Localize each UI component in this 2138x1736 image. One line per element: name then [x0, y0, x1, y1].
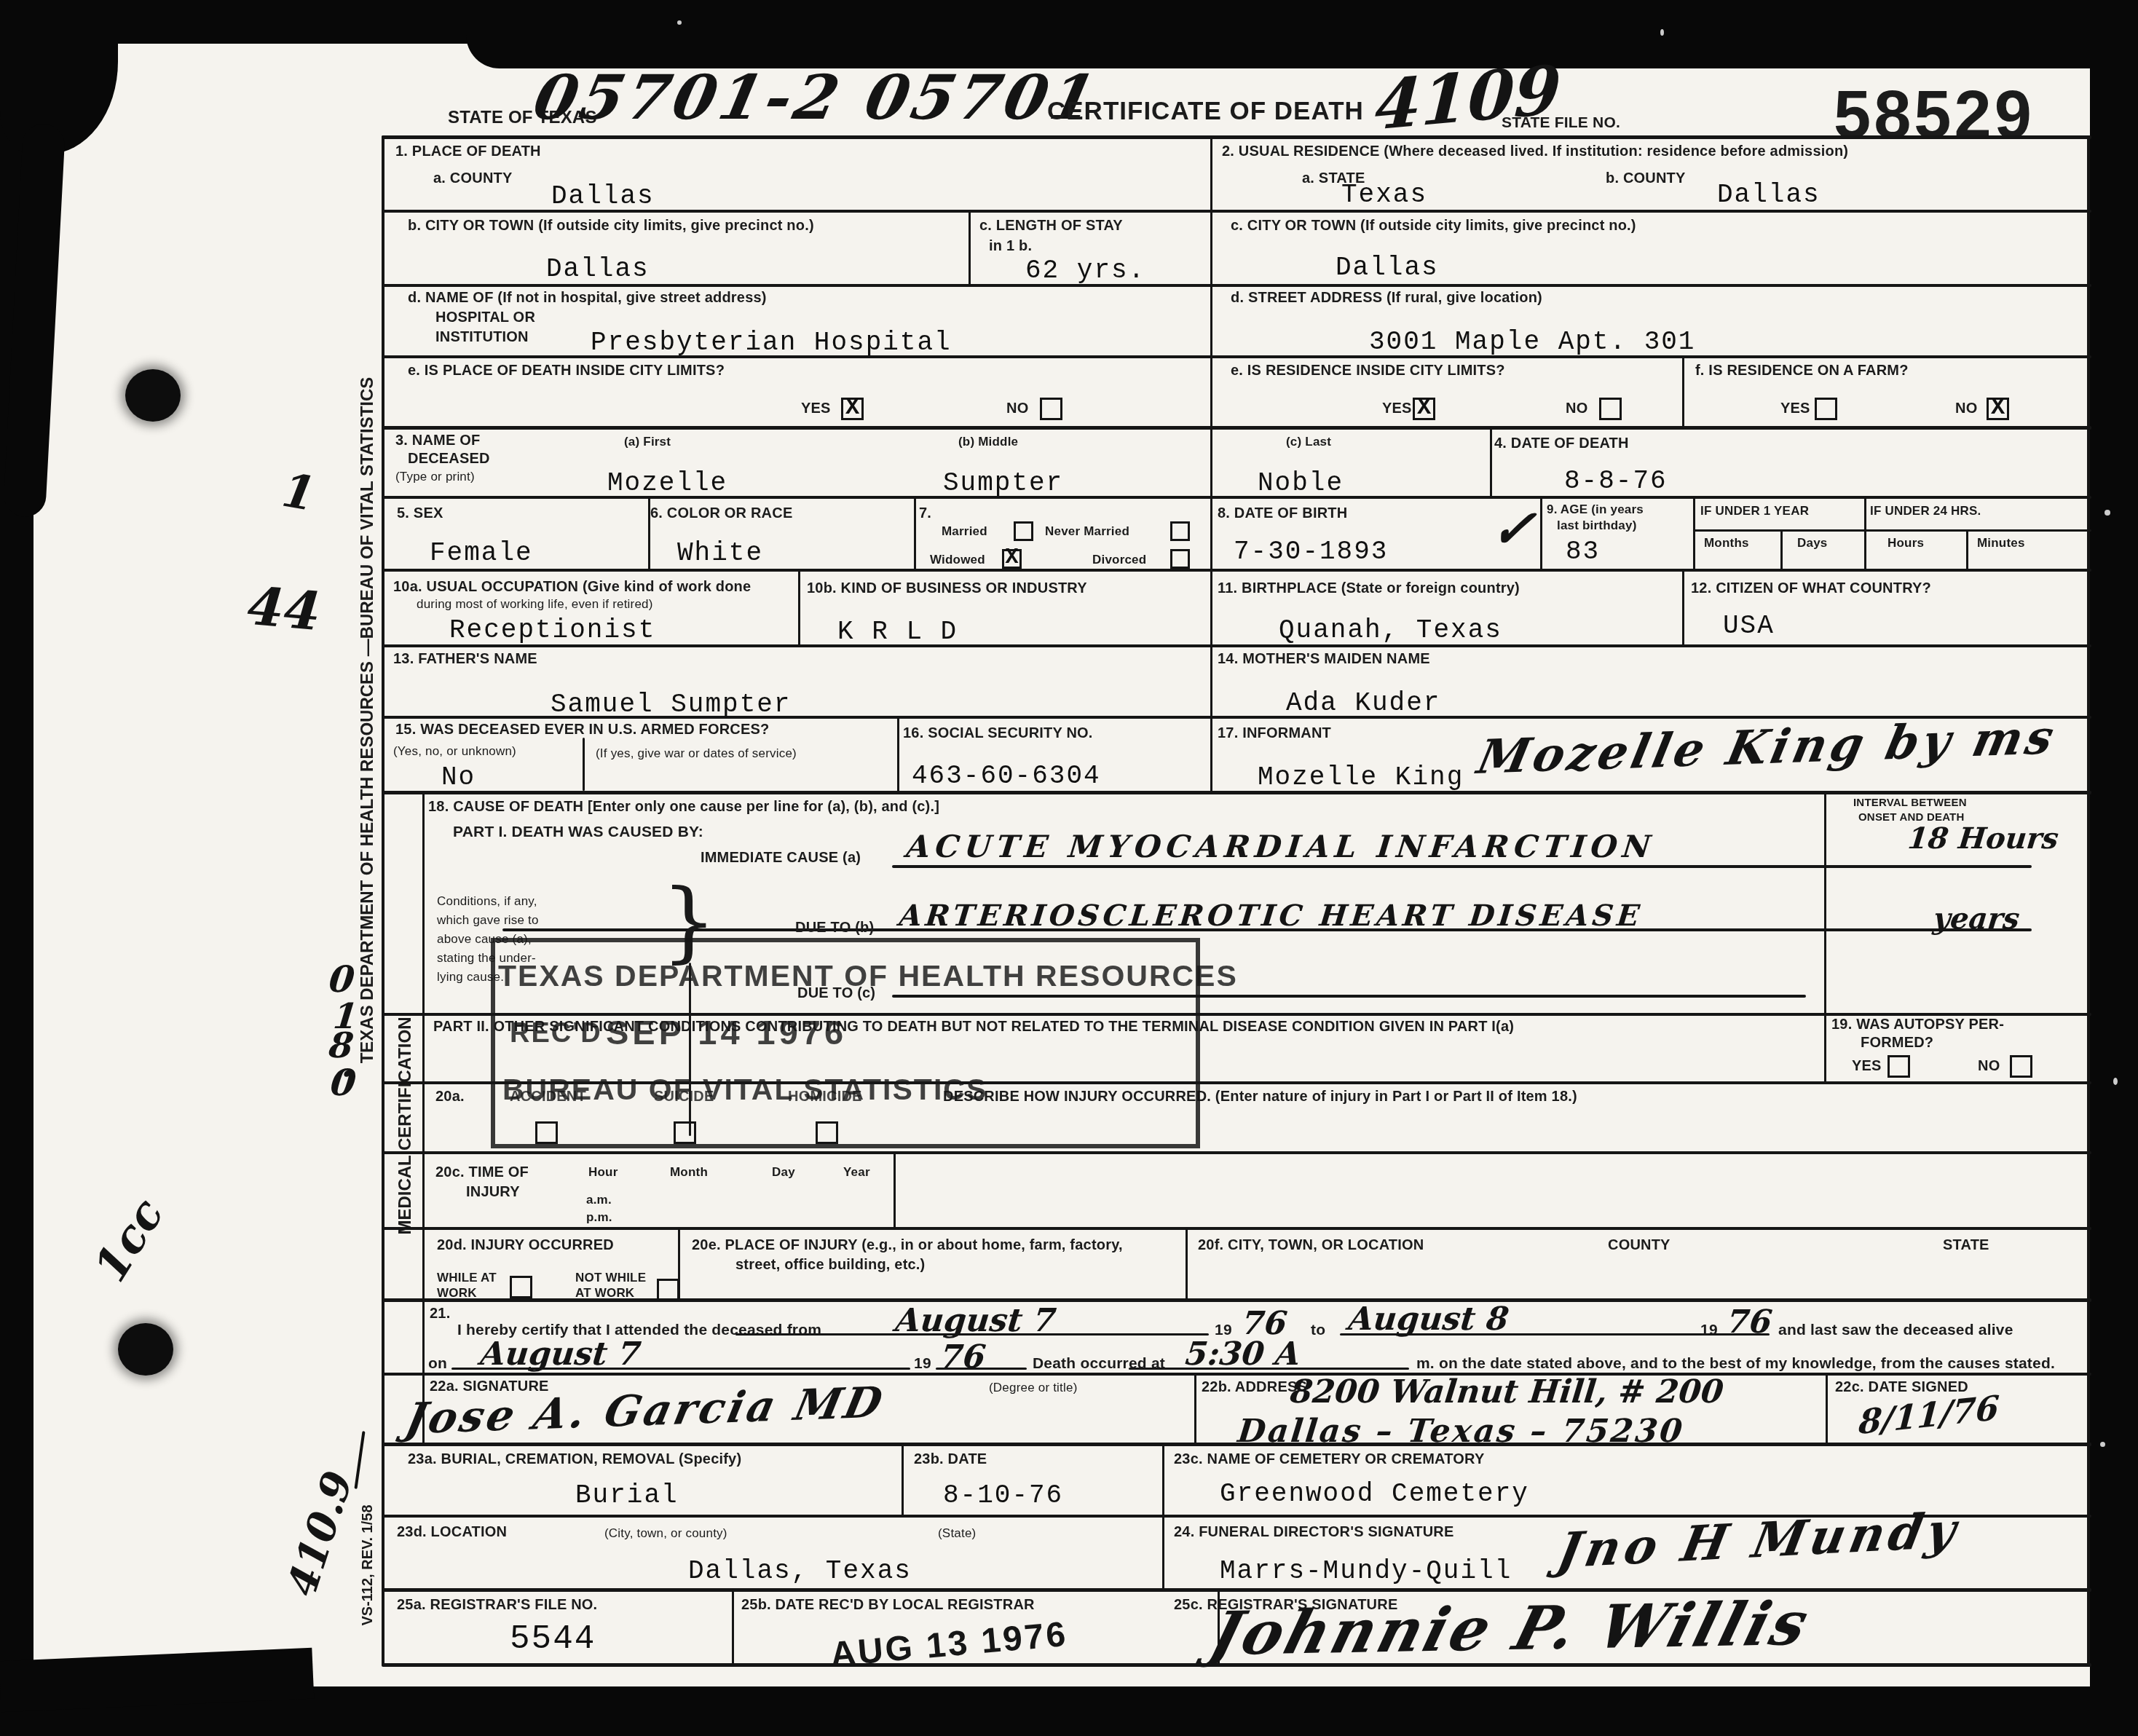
address-line2: Dallas – Texas – 75230: [1236, 1416, 1687, 1448]
immediate-cause-value: ACUTE MYOCARDIAL INFARCTION: [905, 832, 1657, 862]
color-or-race-value: White: [677, 540, 763, 567]
part1-label: PART I. DEATH WAS CAUSED BY:: [453, 823, 703, 841]
hospital-label3: INSTITUTION: [435, 328, 529, 346]
cause-a-underline: [892, 865, 2032, 868]
divider: [583, 738, 585, 791]
social-security-label: 16. SOCIAL SECURITY NO.: [903, 725, 1093, 742]
hour-label: Hour: [588, 1165, 618, 1180]
printed-19-c: 19: [914, 1354, 931, 1373]
farm-yes-label: YES: [1780, 400, 1810, 417]
occupation-label1: 10a. USUAL OCCUPATION (Give kind of work…: [393, 578, 751, 596]
scan-speckle: [2100, 1442, 2105, 1447]
interval-label1: INTERVAL BETWEEN: [1853, 797, 1967, 810]
cemetery-label: 23c. NAME OF CEMETERY OR CREMATORY: [1174, 1451, 1485, 1468]
last-name-label: (c) Last: [1286, 435, 1331, 449]
rule: [382, 426, 2091, 430]
farm-no-checkbox: X: [1987, 398, 2009, 420]
birthplace-value: Quanah, Texas: [1279, 618, 1502, 644]
divider: [1693, 496, 1695, 570]
conditions-label2: which gave rise to: [437, 913, 539, 928]
date-of-death-label: 4. DATE OF DEATH: [1494, 435, 1629, 452]
not-while-at-work-label2: AT WORK: [575, 1286, 634, 1301]
mothers-maiden-name-value: Ada Kuder: [1286, 690, 1440, 717]
medical-strip-divider: [422, 791, 425, 1444]
armed-forces-sublabel2: (If yes, give war or dates of service): [596, 746, 797, 761]
if-under-24-hrs-label: IF UNDER 24 HRS.: [1870, 504, 1981, 518]
interval-a-value: 18 Hours: [1906, 824, 2060, 853]
death-city-yes-checkbox: X: [841, 398, 864, 420]
usual-residence-title: 2. USUAL RESIDENCE (Where deceased lived…: [1222, 143, 1848, 160]
divider: [1780, 529, 1783, 570]
autopsy-label2: FORMED?: [1861, 1034, 1933, 1052]
rule: [382, 284, 2091, 287]
name-of-deceased-label1: 3. NAME OF: [395, 432, 480, 449]
death-inside-city-limits-label: e. IS PLACE OF DEATH INSIDE CITY LIMITS?: [408, 362, 725, 379]
injury-occurred-label: 20d. INJURY OCCURRED: [437, 1236, 614, 1254]
birthplace-label: 11. BIRTHPLACE (State or foreign country…: [1218, 580, 1520, 597]
margin-department-vertical-text: TEXAS DEPARTMENT OF HEALTH RESOURCES —BU…: [358, 305, 378, 1135]
not-while-at-work-checkbox: [657, 1279, 679, 1301]
fathers-name-label: 13. FATHER'S NAME: [393, 650, 537, 668]
death-city-no-label: NO: [1006, 400, 1028, 417]
mothers-maiden-name-label: 14. MOTHER'S MAIDEN NAME: [1218, 650, 1430, 668]
handwritten-district-codes: 05701-2 05701: [529, 67, 1104, 128]
state-file-no-label: STATE FILE NO.: [1502, 114, 1620, 132]
farm-yes-checkbox: [1815, 398, 1837, 420]
burial-date-label: 23b. DATE: [914, 1451, 987, 1468]
hours-label: Hours: [1887, 536, 1924, 551]
city-or-town-value: Dallas: [546, 256, 650, 283]
autopsy-yes-label: YES: [1852, 1057, 1882, 1075]
on-label: on: [428, 1354, 447, 1373]
death-city-yes-label: YES: [801, 400, 831, 417]
first-name-label: (a) First: [624, 435, 671, 449]
burial-date-value: 8-10-76: [943, 1483, 1063, 1509]
never-married-label: Never Married: [1045, 524, 1129, 539]
married-label: Married: [942, 524, 987, 539]
divider: [1540, 496, 1542, 570]
minutes-label: Minutes: [1977, 536, 2025, 551]
divorced-label: Divorced: [1092, 553, 1146, 567]
residence-city-label: c. CITY OR TOWN (If outside city limits,…: [1231, 217, 1636, 234]
burial-cremation-value: Burial: [575, 1483, 679, 1509]
immediate-cause-label: IMMEDIATE CAUSE (a): [701, 849, 861, 867]
form-left-border: [382, 135, 384, 1666]
residence-county-value: Dallas: [1717, 182, 1821, 208]
scan-edge-right: [2090, 0, 2138, 1736]
certify-section-label: 21.: [430, 1305, 450, 1322]
burial-location-sublabel1: (City, town, or county): [604, 1526, 727, 1541]
burial-cremation-label: 23a. BURIAL, CREMATION, REMOVAL (Specify…: [408, 1451, 741, 1468]
widowed-label: Widowed: [930, 553, 985, 567]
marital-status-label: 7.: [919, 505, 931, 522]
fathers-name-value: Samuel Sumpter: [551, 692, 791, 718]
divider: [1966, 529, 1968, 570]
certify-text-2: and last saw the deceased alive: [1778, 1321, 2013, 1339]
middle-name-value: Sumpter: [943, 470, 1063, 497]
divider: [798, 569, 800, 646]
if-under-1-year-label: IF UNDER 1 YEAR: [1700, 504, 1809, 518]
accident-section-label: 20a.: [435, 1088, 465, 1105]
attended-to-date: August 8: [1347, 1303, 1511, 1335]
margin-form-code-vertical-text: VS-112, REV. 1/58: [360, 1478, 376, 1653]
certificate-title: CERTIFICATE OF DEATH: [1047, 96, 1364, 127]
sex-value: Female: [430, 540, 533, 567]
informant-label: 17. INFORMANT: [1218, 725, 1331, 742]
death-city-no-checkbox: [1040, 398, 1062, 420]
hole-punch-top: [125, 369, 181, 422]
handwritten-year-c: 76: [939, 1341, 987, 1373]
injury-city-label: 20f. CITY, TOWN, OR LOCATION: [1198, 1236, 1424, 1254]
conditions-label1: Conditions, if any,: [437, 894, 537, 909]
divider: [1194, 1373, 1196, 1444]
married-checkbox: [1014, 521, 1033, 541]
due-to-b-label: DUE TO (b): [795, 919, 874, 936]
social-security-value: 463-60-6304: [912, 763, 1101, 789]
first-name-value: Mozelle: [607, 470, 727, 497]
length-of-stay-value: 62 yrs.: [1025, 258, 1145, 284]
to-label: to: [1311, 1321, 1325, 1339]
funeral-home-value: Marrs-Mundy-Quill: [1220, 1558, 1512, 1585]
while-at-work-label1: WHILE AT: [437, 1271, 497, 1285]
while-at-work-checkbox: [510, 1276, 532, 1298]
armed-forces-value: No: [441, 765, 476, 791]
city-or-town-label: b. CITY OR TOWN (If outside city limits,…: [408, 217, 814, 234]
autopsy-label1: 19. WAS AUTOPSY PER-: [1831, 1016, 2004, 1033]
divider: [894, 1151, 896, 1228]
received-stamp-recd: REC'D: [510, 1019, 602, 1047]
hospital-label2: HOSPITAL OR: [435, 309, 535, 326]
county-label: a. COUNTY: [433, 170, 512, 187]
length-of-stay-label: c. LENGTH OF STAY: [979, 217, 1123, 234]
sex-label: 5. SEX: [397, 505, 443, 522]
rule: [382, 569, 2091, 572]
informant-value: Mozelle King: [1258, 765, 1464, 791]
burial-location-value: Dallas, Texas: [688, 1558, 912, 1585]
rule: [382, 1373, 2091, 1376]
handwritten-checkmark: ✓: [1488, 502, 1538, 555]
scanned-death-certificate: { "colors": {"paper": "#f5f3ee", "ink": …: [0, 0, 2138, 1736]
date-of-birth-label: 8. DATE OF BIRTH: [1218, 505, 1347, 522]
death-occurred-label: Death occurred at: [1033, 1354, 1165, 1373]
business-industry-value: K R L D: [837, 619, 958, 645]
armed-forces-sublabel1: (Yes, no, or unknown): [393, 744, 516, 759]
rule: [382, 791, 2091, 794]
autopsy-yes-checkbox: [1887, 1055, 1910, 1078]
divider: [897, 716, 899, 792]
date-recd-label: 25b. DATE REC'D BY LOCAL REGISTRAR: [741, 1596, 1035, 1614]
divorced-checkbox: [1170, 549, 1190, 569]
rule: [382, 1298, 2091, 1302]
age-value: 83: [1566, 539, 1600, 565]
form-right-border: [2087, 135, 2090, 1666]
certify-text-3: m. on the date stated above, and to the …: [1416, 1354, 2055, 1373]
divider: [1682, 355, 1684, 427]
printed-19-b: 19: [1700, 1321, 1718, 1339]
attended-from-date: August 7: [894, 1305, 1058, 1337]
widowed-checkbox: X: [1002, 549, 1022, 569]
age-label2: last birthday): [1557, 518, 1637, 533]
hole-punch-bottom: [118, 1323, 173, 1376]
divider: [1162, 1443, 1164, 1516]
divider: [1162, 1515, 1164, 1590]
days-label: Days: [1797, 536, 1827, 551]
death-time-value: 5:30 A: [1184, 1338, 1302, 1370]
month-label: Month: [670, 1165, 708, 1180]
autopsy-no-checkbox: [2010, 1055, 2032, 1078]
rule: [382, 135, 2091, 139]
length-of-stay-label2: in 1 b.: [989, 237, 1032, 255]
injury-county-label: COUNTY: [1608, 1236, 1670, 1254]
armed-forces-label: 15. WAS DECEASED EVER IN U.S. ARMED FORC…: [395, 721, 770, 738]
divider: [1824, 791, 1826, 1014]
rule: [1693, 529, 2091, 532]
middle-name-label: (b) Middle: [958, 435, 1018, 449]
due-to-b-value: ARTERIOSCLEROTIC HEART DISEASE: [898, 901, 1644, 931]
hospital-value: Presbyterian Hospital: [591, 330, 952, 356]
farm-no-label: NO: [1955, 400, 1977, 417]
name-of-deceased-label2: DECEASED: [408, 450, 490, 467]
interval-b-value: years: [1932, 904, 2021, 934]
residence-inside-city-limits-label: e. IS RESIDENCE INSIDE CITY LIMITS?: [1231, 362, 1505, 379]
divider: [914, 496, 916, 570]
cause-of-death-label: 18. CAUSE OF DEATH [Enter only one cause…: [428, 798, 939, 816]
margin-handwritten-0b: 0: [328, 1065, 358, 1101]
never-married-checkbox: [1170, 521, 1190, 541]
scan-edge-bottom: [0, 1686, 2138, 1736]
pm-label: p.m.: [586, 1210, 612, 1225]
place-of-injury-label1: 20e. PLACE OF INJURY (e.g., in or about …: [692, 1236, 1123, 1254]
registrar-file-no-label: 25a. REGISTRAR'S FILE NO.: [397, 1596, 597, 1614]
margin-handwritten-0: 0: [327, 961, 356, 998]
residence-city-no-label: NO: [1566, 400, 1587, 417]
burial-location-label: 23d. LOCATION: [397, 1523, 507, 1541]
scan-edge-top-right: [466, 0, 2138, 68]
residence-city-yes-checkbox: X: [1413, 398, 1435, 420]
hospital-label: d. NAME OF (If not in hospital, give str…: [408, 289, 767, 307]
funeral-director-label: 24. FUNERAL DIRECTOR'S SIGNATURE: [1174, 1523, 1454, 1541]
received-stamp-line3: BUREAU OF VITAL STATISTICS: [502, 1075, 987, 1105]
divider: [1824, 1013, 1826, 1083]
street-address-value: 3001 Maple Apt. 301: [1369, 329, 1695, 355]
residence-county-label: b. COUNTY: [1606, 170, 1686, 187]
rule: [382, 1588, 2091, 1592]
citizen-label: 12. CITIZEN OF WHAT COUNTRY?: [1691, 580, 1931, 597]
scan-speckle: [1660, 29, 1664, 36]
received-stamp-date: SEP 14 1976: [606, 1015, 847, 1049]
scan-speckle: [2105, 510, 2110, 516]
last-name-value: Noble: [1258, 470, 1344, 497]
rule: [382, 1151, 2091, 1154]
rule: [382, 1227, 2091, 1230]
cemetery-value: Greenwood Cemetery: [1220, 1481, 1529, 1507]
occupation-value: Receptionist: [449, 618, 655, 644]
place-of-injury-label2: street, office building, etc.): [735, 1256, 925, 1274]
received-stamp-line1: TEXAS DEPARTMENT OF HEALTH RESOURCES: [498, 961, 1238, 991]
type-or-print-label: (Type or print): [395, 470, 475, 484]
residence-city-no-checkbox: [1599, 398, 1622, 420]
scan-speckle: [677, 20, 682, 25]
residence-on-farm-label: f. IS RESIDENCE ON A FARM?: [1695, 362, 1909, 379]
while-at-work-label2: WORK: [437, 1286, 477, 1301]
not-while-at-work-label1: NOT WHILE: [575, 1271, 646, 1285]
residence-city-value: Dallas: [1336, 255, 1439, 281]
burial-location-sublabel2: (State): [938, 1526, 976, 1541]
divider: [969, 210, 971, 285]
occupation-label2: during most of working life, even if ret…: [417, 597, 653, 612]
registrar-signature: Johnnie P. Willis: [1204, 1594, 1817, 1665]
divider: [732, 1588, 734, 1665]
divider: [1864, 496, 1866, 570]
am-label: a.m.: [586, 1193, 612, 1207]
street-address-label: d. STREET ADDRESS (If rural, give locati…: [1231, 289, 1542, 307]
color-or-race-label: 6. COLOR OR RACE: [650, 505, 792, 522]
divider: [1682, 569, 1684, 646]
time-of-injury-label2: INJURY: [466, 1183, 520, 1201]
handwritten-year-b: 76: [1726, 1306, 1774, 1338]
divider: [1826, 1373, 1828, 1444]
day-label: Day: [772, 1165, 795, 1180]
scan-speckle: [2113, 1078, 2118, 1085]
divider: [902, 1443, 904, 1516]
autopsy-no-label: NO: [1978, 1057, 2000, 1075]
last-seen-date: August 7: [479, 1338, 643, 1370]
year-label: Year: [843, 1165, 870, 1180]
time-of-injury-label1: 20c. TIME OF: [435, 1164, 529, 1181]
divider: [1210, 135, 1212, 792]
residence-city-yes-label: YES: [1382, 400, 1412, 417]
place-of-death-title: 1. PLACE OF DEATH: [395, 143, 541, 160]
months-label: Months: [1704, 536, 1749, 551]
business-industry-label: 10b. KIND OF BUSINESS OR INDUSTRY: [807, 580, 1087, 597]
age-label1: 9. AGE (in years: [1547, 502, 1644, 517]
divider: [1186, 1227, 1188, 1300]
citizen-value: USA: [1723, 613, 1775, 639]
injury-state-label: STATE: [1943, 1236, 1989, 1254]
divider: [1490, 426, 1492, 497]
county-value: Dallas: [551, 184, 655, 210]
date-of-birth-value: 7-30-1893: [1234, 539, 1388, 565]
margin-handwritten-44: 44: [245, 580, 323, 638]
degree-or-title-label: (Degree or title): [989, 1381, 1078, 1395]
registrar-file-no-value: 5544: [510, 1622, 596, 1656]
margin-medical-certification-vertical-text: MEDICAL CERTIFICATION: [395, 973, 416, 1279]
address-line1: 8200 Walnut Hill, # 200: [1289, 1376, 1725, 1408]
residence-state-value: Texas: [1341, 182, 1427, 208]
date-of-death-value: 8-8-76: [1564, 468, 1668, 494]
